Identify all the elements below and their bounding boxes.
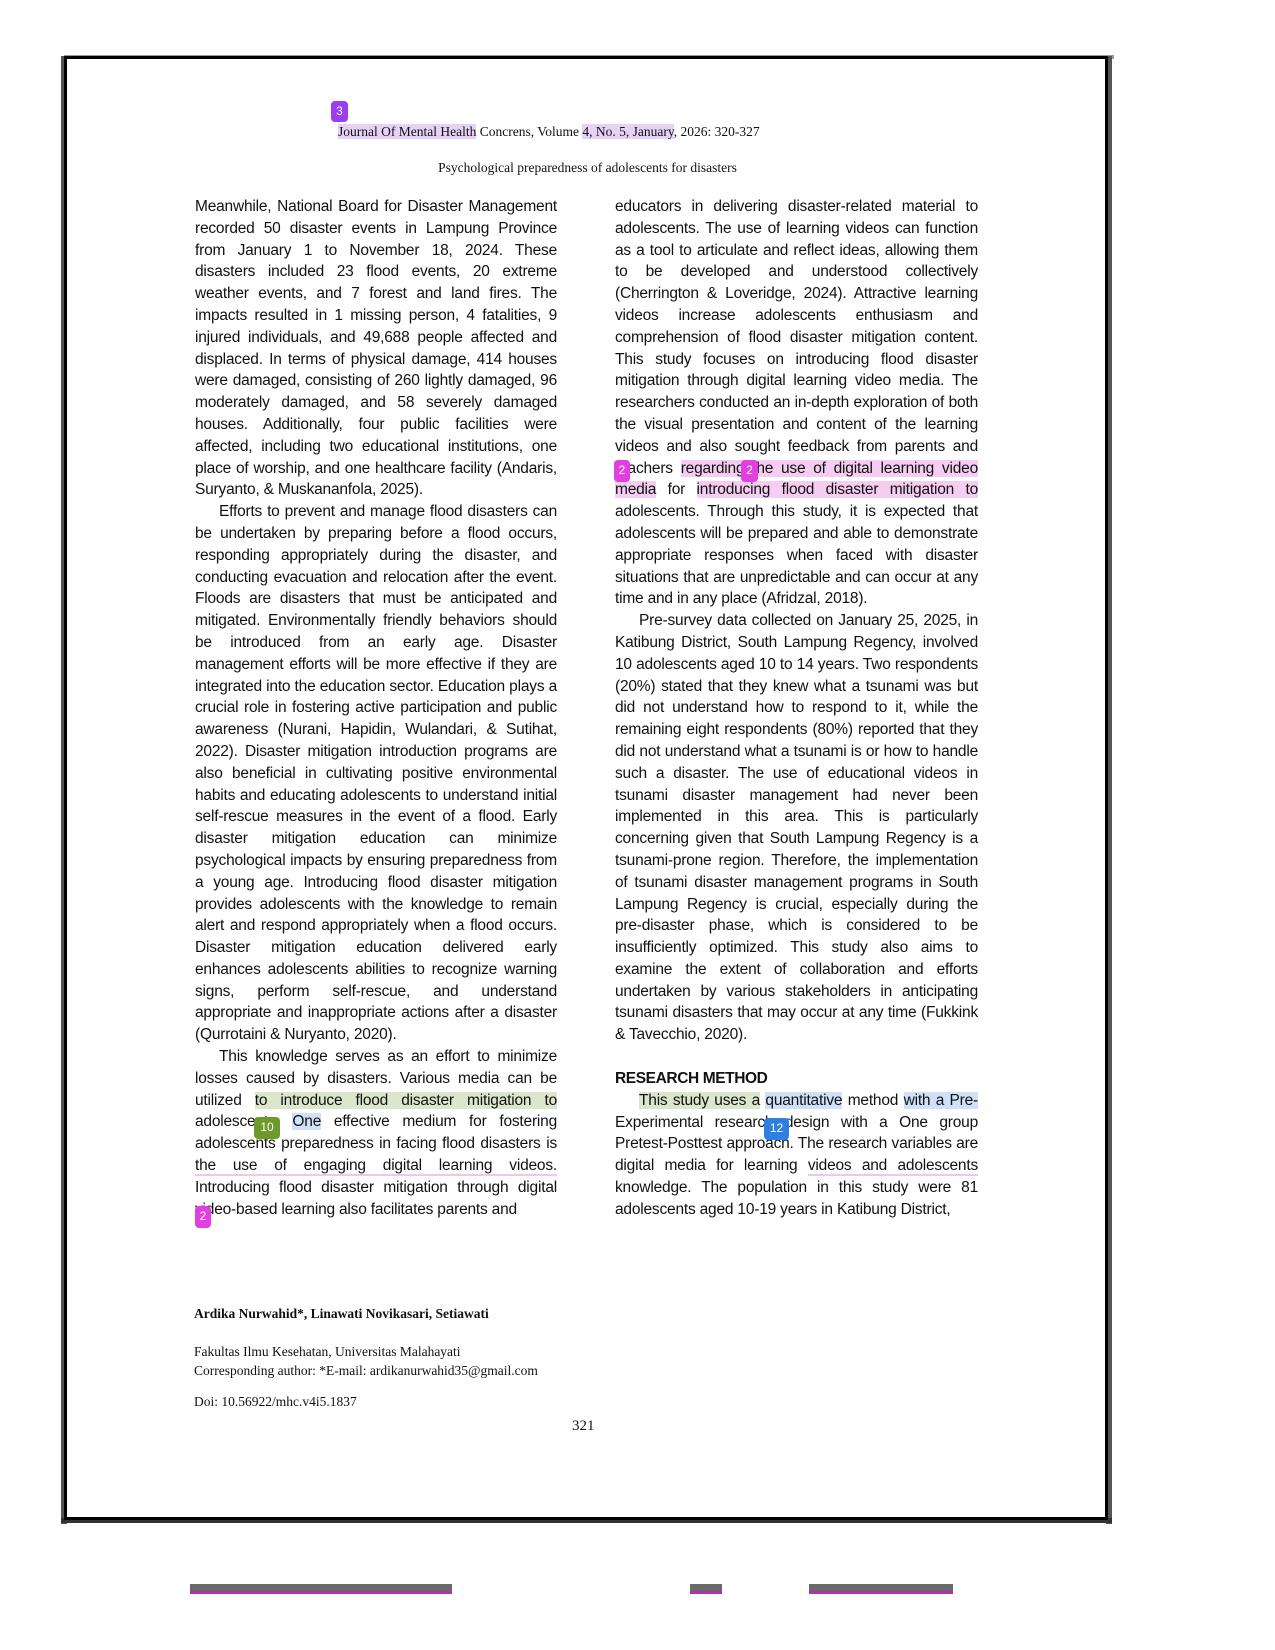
scroll-indicator-bar [690, 1584, 722, 1594]
paragraph: This study uses a quantitative method wi… [615, 1090, 978, 1221]
highlight-green: This study uses a [639, 1092, 760, 1109]
left-column: Meanwhile, National Board for Disaster M… [195, 196, 557, 1220]
paragraph: Efforts to prevent and manage flood disa… [195, 501, 557, 1046]
scroll-indicator-bar [809, 1584, 953, 1594]
paragraph: Meanwhile, National Board for Disaster M… [195, 196, 557, 501]
right-column: educators in delivering disaster-related… [615, 196, 978, 1221]
highlight-pink: introducing flood disaster mitigation to [697, 481, 978, 498]
highlight-blue: with a Pre- [904, 1092, 978, 1109]
annotation-badge-3[interactable]: 3 [331, 101, 348, 122]
underline-pink: videos and adolescents [808, 1157, 978, 1176]
affiliation: Fakultas Ilmu Kesehatan, Universitas Mal… [194, 1342, 538, 1361]
volume-issue: 4, No. 5, January [582, 124, 673, 139]
underline-pink: the use of engaging digital learning vid… [195, 1157, 557, 1176]
section-heading: RESEARCH METHOD [615, 1068, 978, 1090]
journal-name: Journal Of Mental Health [338, 124, 476, 139]
highlight-blue: One [292, 1113, 321, 1130]
running-header: Journal Of Mental Health Concrens, Volum… [338, 124, 760, 140]
paragraph: This knowledge serves as an effort to mi… [195, 1046, 557, 1220]
doi: Doi: 10.56922/mhc.v4i5.1837 [194, 1394, 357, 1410]
annotation-badge-12[interactable]: 12 [764, 1118, 789, 1140]
paragraph: Pre-survey data collected on January 25,… [615, 610, 978, 1046]
annotation-badge-10[interactable]: 10 [254, 1117, 280, 1139]
article-running-title: Psychological preparedness of adolescent… [0, 160, 1175, 176]
affiliation-block: Fakultas Ilmu Kesehatan, Universitas Mal… [194, 1342, 538, 1380]
journal-rest: Concrens, Volume [476, 124, 582, 139]
scroll-indicator-bar [190, 1584, 452, 1594]
highlight-green: to introduce flood disaster mitigation t… [255, 1092, 557, 1109]
authors: Ardika Nurwahid*, Linawati Novikasari, S… [194, 1306, 489, 1322]
highlight-blue: quantitative [765, 1092, 842, 1109]
year-pages: , 2026: 320-327 [674, 124, 760, 139]
page-number: 321 [572, 1418, 595, 1435]
annotation-badge-2[interactable]: 2 [741, 460, 758, 482]
paragraph: educators in delivering disaster-related… [615, 196, 978, 610]
corresponding-author: Corresponding author: *E-mail: ardikanur… [194, 1361, 538, 1380]
annotation-badge-2[interactable]: 2 [614, 460, 630, 482]
annotation-badge-2[interactable]: 2 [195, 1206, 211, 1228]
